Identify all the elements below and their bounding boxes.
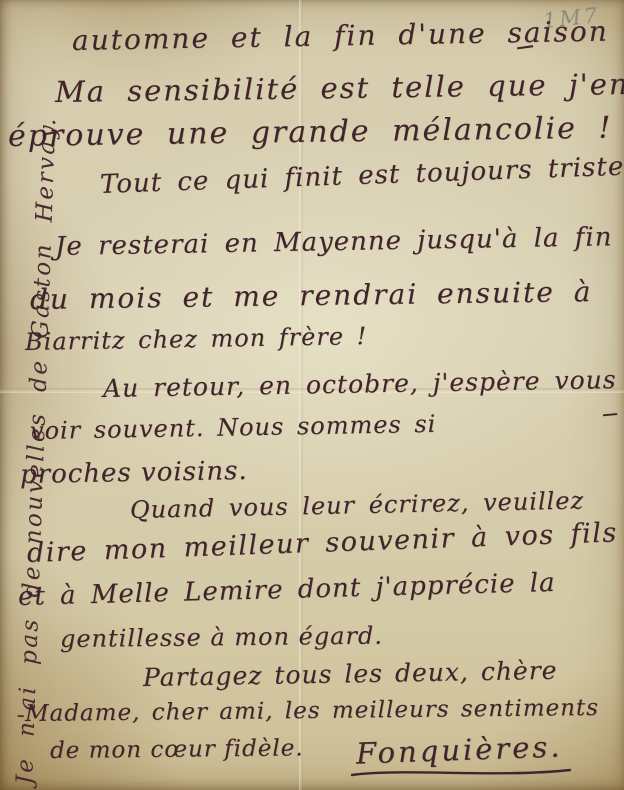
ink-dash-top: — xyxy=(515,35,536,58)
letter-line-7: Biarritz chez mon frère ! xyxy=(25,322,368,356)
letter-scan: 1M7 Je n'ai pas de nouvelles de Gaston H… xyxy=(0,0,624,790)
ink-dash-right: — xyxy=(601,403,619,423)
letter-line-10: proches voisins. xyxy=(20,456,248,490)
signature-underline-flourish xyxy=(348,764,578,780)
letter-line-14: gentillesse à mon égard. xyxy=(60,622,383,653)
letter-line-17: de mon cœur fidèle. xyxy=(50,735,304,764)
